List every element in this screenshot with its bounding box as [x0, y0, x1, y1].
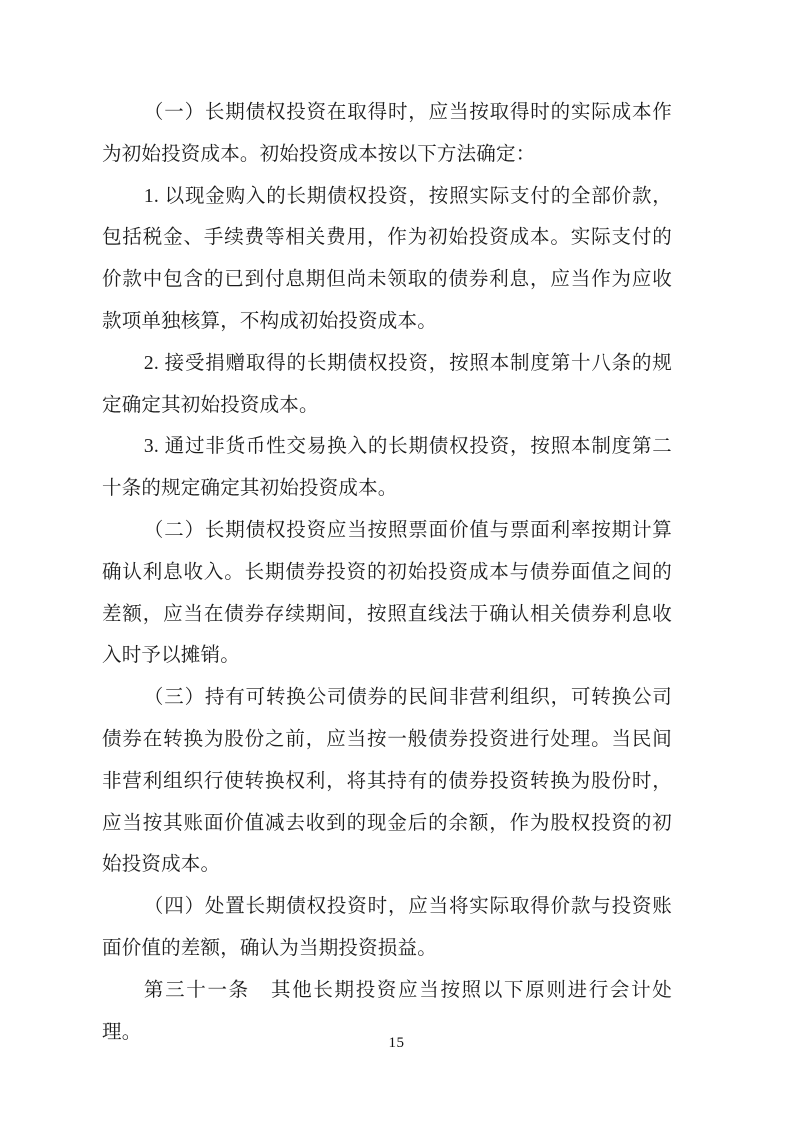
paragraph-item-4: 3. 通过非货币性交易换入的长期债权投资，按照本制度第二十条的规定确定其初始投资… [102, 426, 672, 510]
paragraph-item-6: （三）持有可转换公司债券的民间非营利组织，可转换公司债券在转换为股份之前，应当按… [102, 677, 672, 886]
page-number: 15 [389, 1035, 405, 1051]
paragraph-item-7: （四）处置长期债权投资时，应当将实际取得价款与投资账面价值的差额，确认为当期投资… [102, 886, 672, 970]
document-page: { "document": { "page_number": "15", "pa… [0, 0, 793, 1122]
paragraph-item-2: 1. 以现金购入的长期债权投资，按照实际支付的全部价款，包括税金、手续费等相关费… [102, 176, 672, 343]
paragraph-item-3: 2. 接受捐赠取得的长期债权投资，按照本制度第十八条的规定确定其初始投资成本。 [102, 343, 672, 427]
document-body: （一）长期债权投资在取得时，应当按取得时的实际成本作为初始投资成本。初始投资成本… [102, 0, 672, 1053]
paragraph-item-5: （二）长期债权投资应当按照票面价值与票面利率按期计算确认利息收入。长期债券投资的… [102, 510, 672, 677]
paragraph-item-1: （一）长期债权投资在取得时，应当按取得时的实际成本作为初始投资成本。初始投资成本… [102, 92, 672, 176]
page-footer: 15 [0, 1034, 793, 1052]
